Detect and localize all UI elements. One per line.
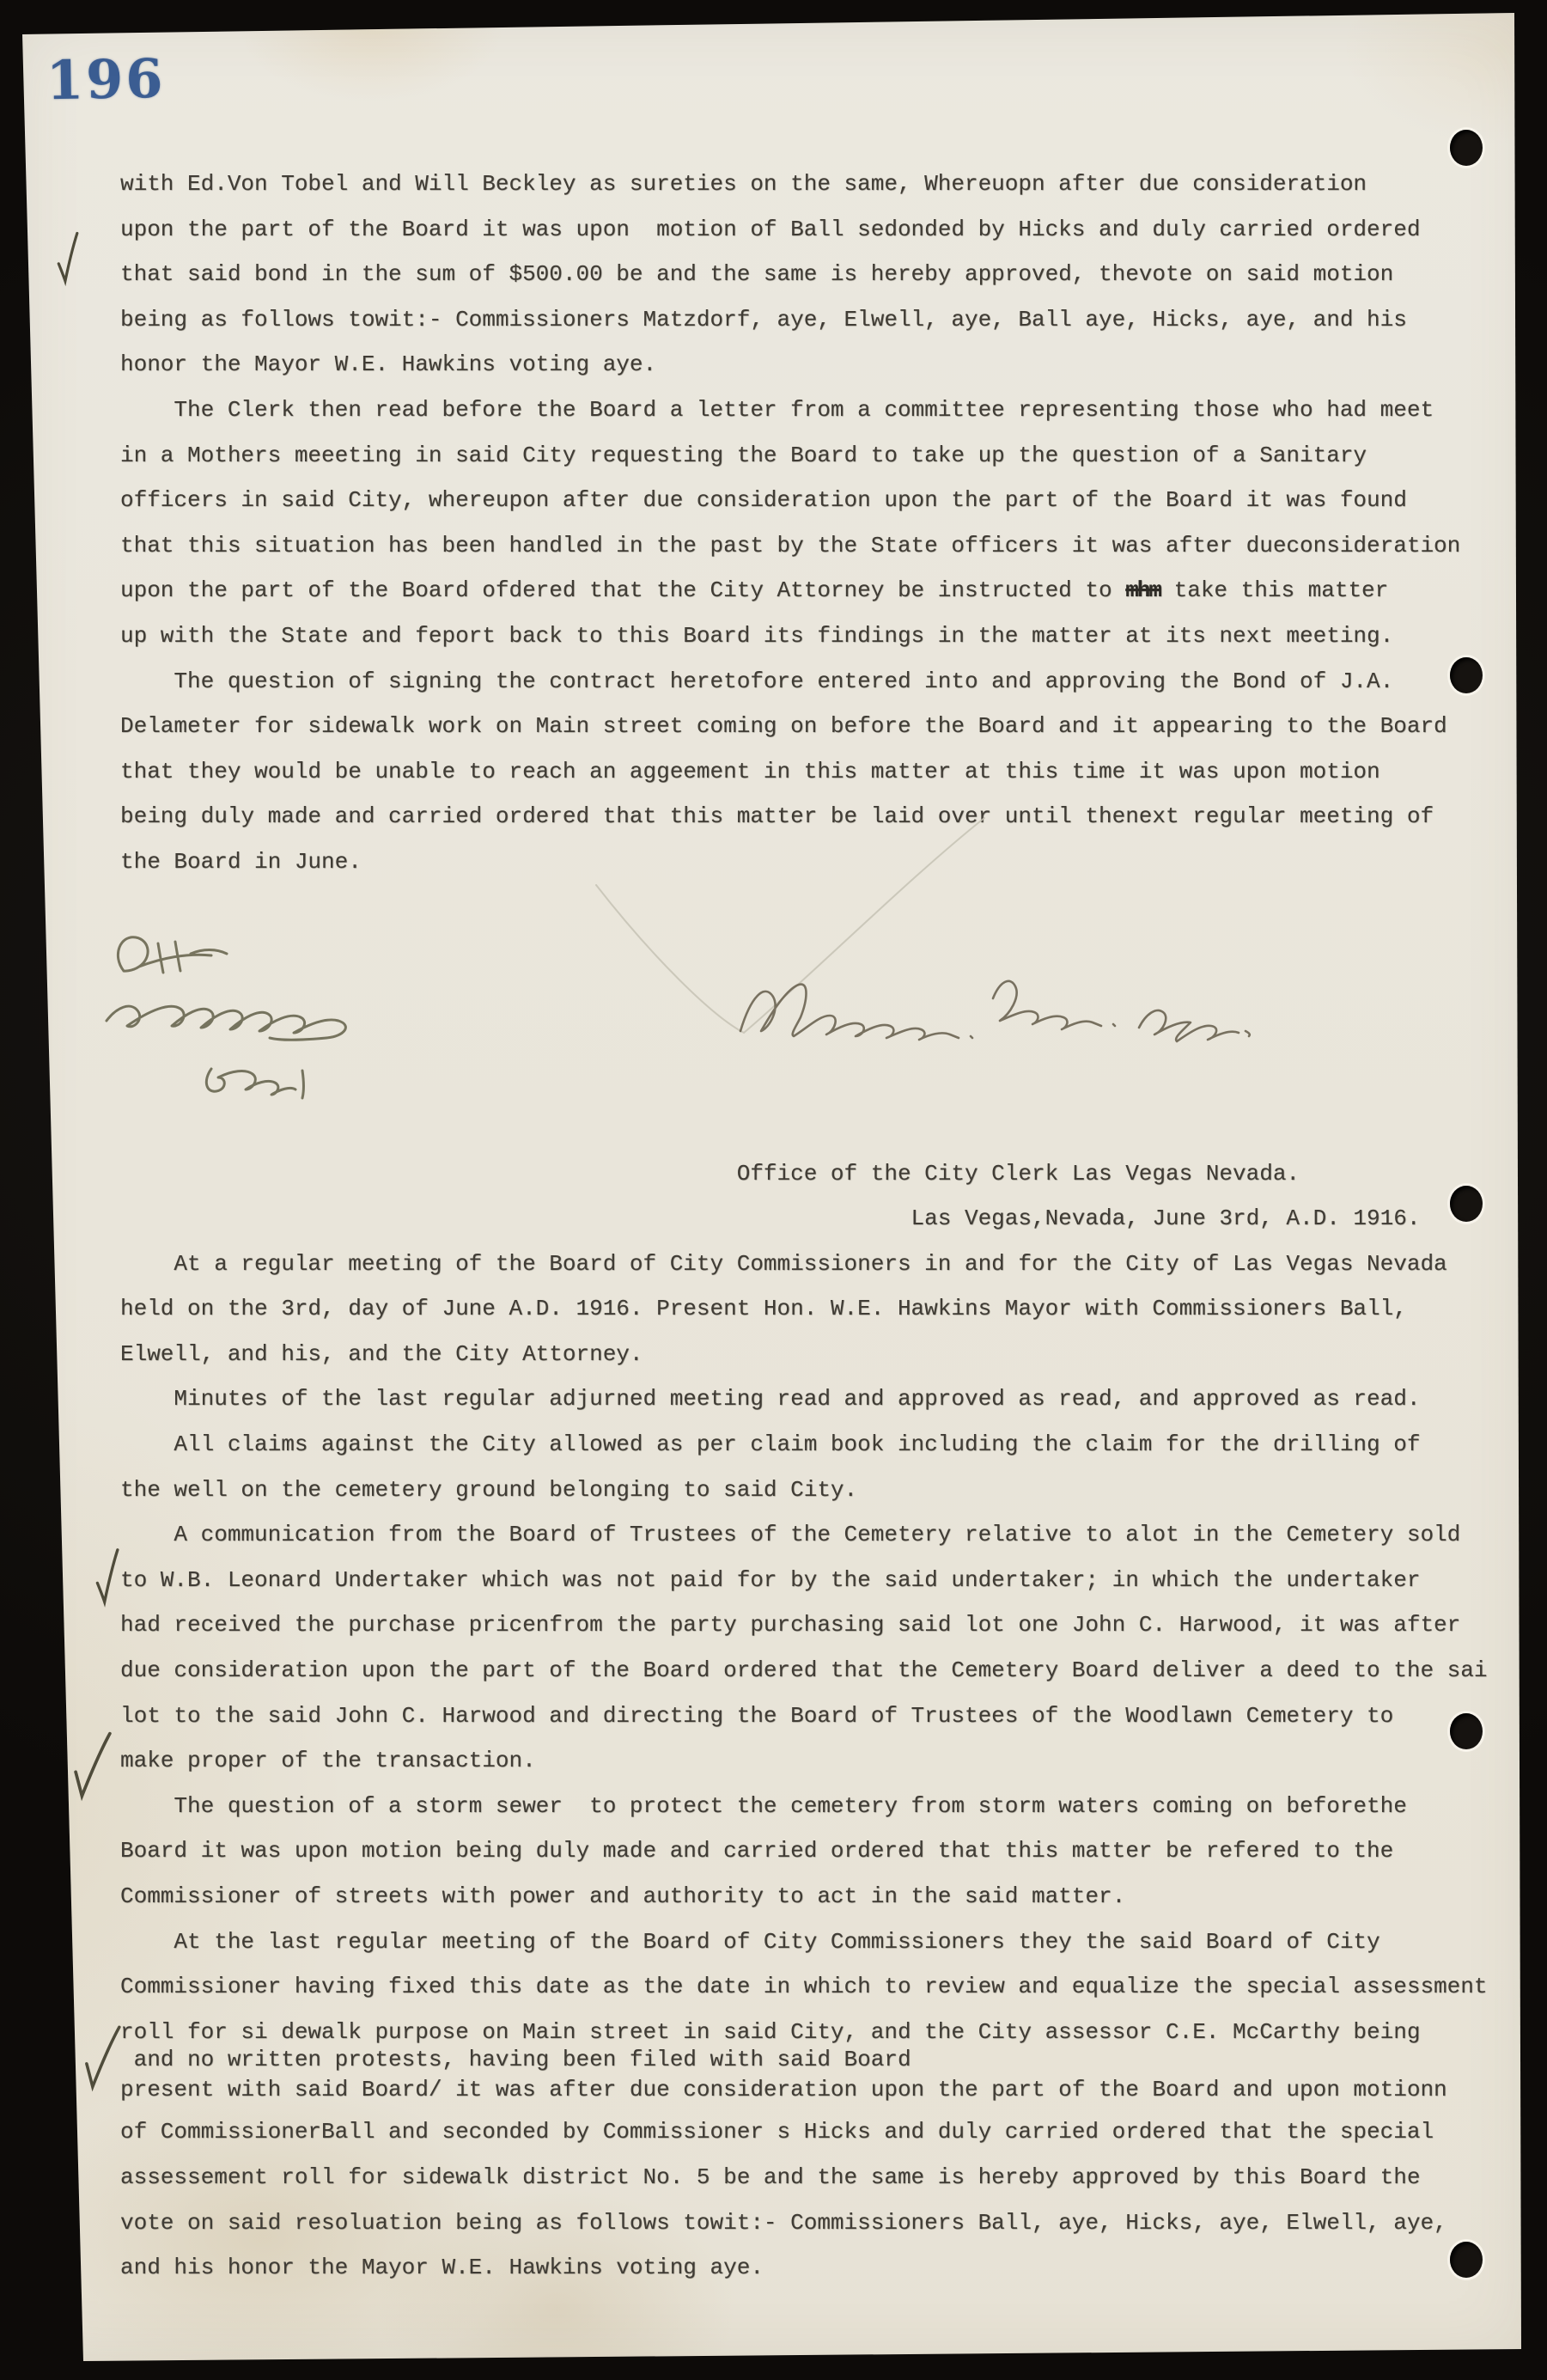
book-photo-background: 196 with Ed.Von Tobel and Will Beckley a…: [0, 0, 1547, 2380]
mayor-title-stroke: [1139, 1010, 1250, 1041]
punch-hole-4: [1450, 1713, 1483, 1749]
margin-checkmark-2: [89, 1547, 124, 1608]
clerk-title-stroke: [206, 1069, 303, 1098]
mayor-signature: [728, 943, 1261, 1072]
punch-hole-1: [1450, 130, 1483, 166]
punch-hole-2: [1450, 657, 1483, 693]
punch-hole-5: [1450, 2242, 1483, 2278]
ledger-page: 196 with Ed.Von Tobel and Will Beckley a…: [0, 0, 1547, 2380]
mayor-name-stroke: [740, 981, 1115, 1040]
attest-word-stroke: [118, 937, 227, 973]
punch-hole-3: [1450, 1186, 1483, 1222]
pencil-mark: [0, 0, 1547, 2380]
margin-checkmark-1: [50, 230, 84, 287]
clerk-attest-signature: [101, 921, 411, 1110]
clerk-name-stroke: [107, 1006, 345, 1040]
